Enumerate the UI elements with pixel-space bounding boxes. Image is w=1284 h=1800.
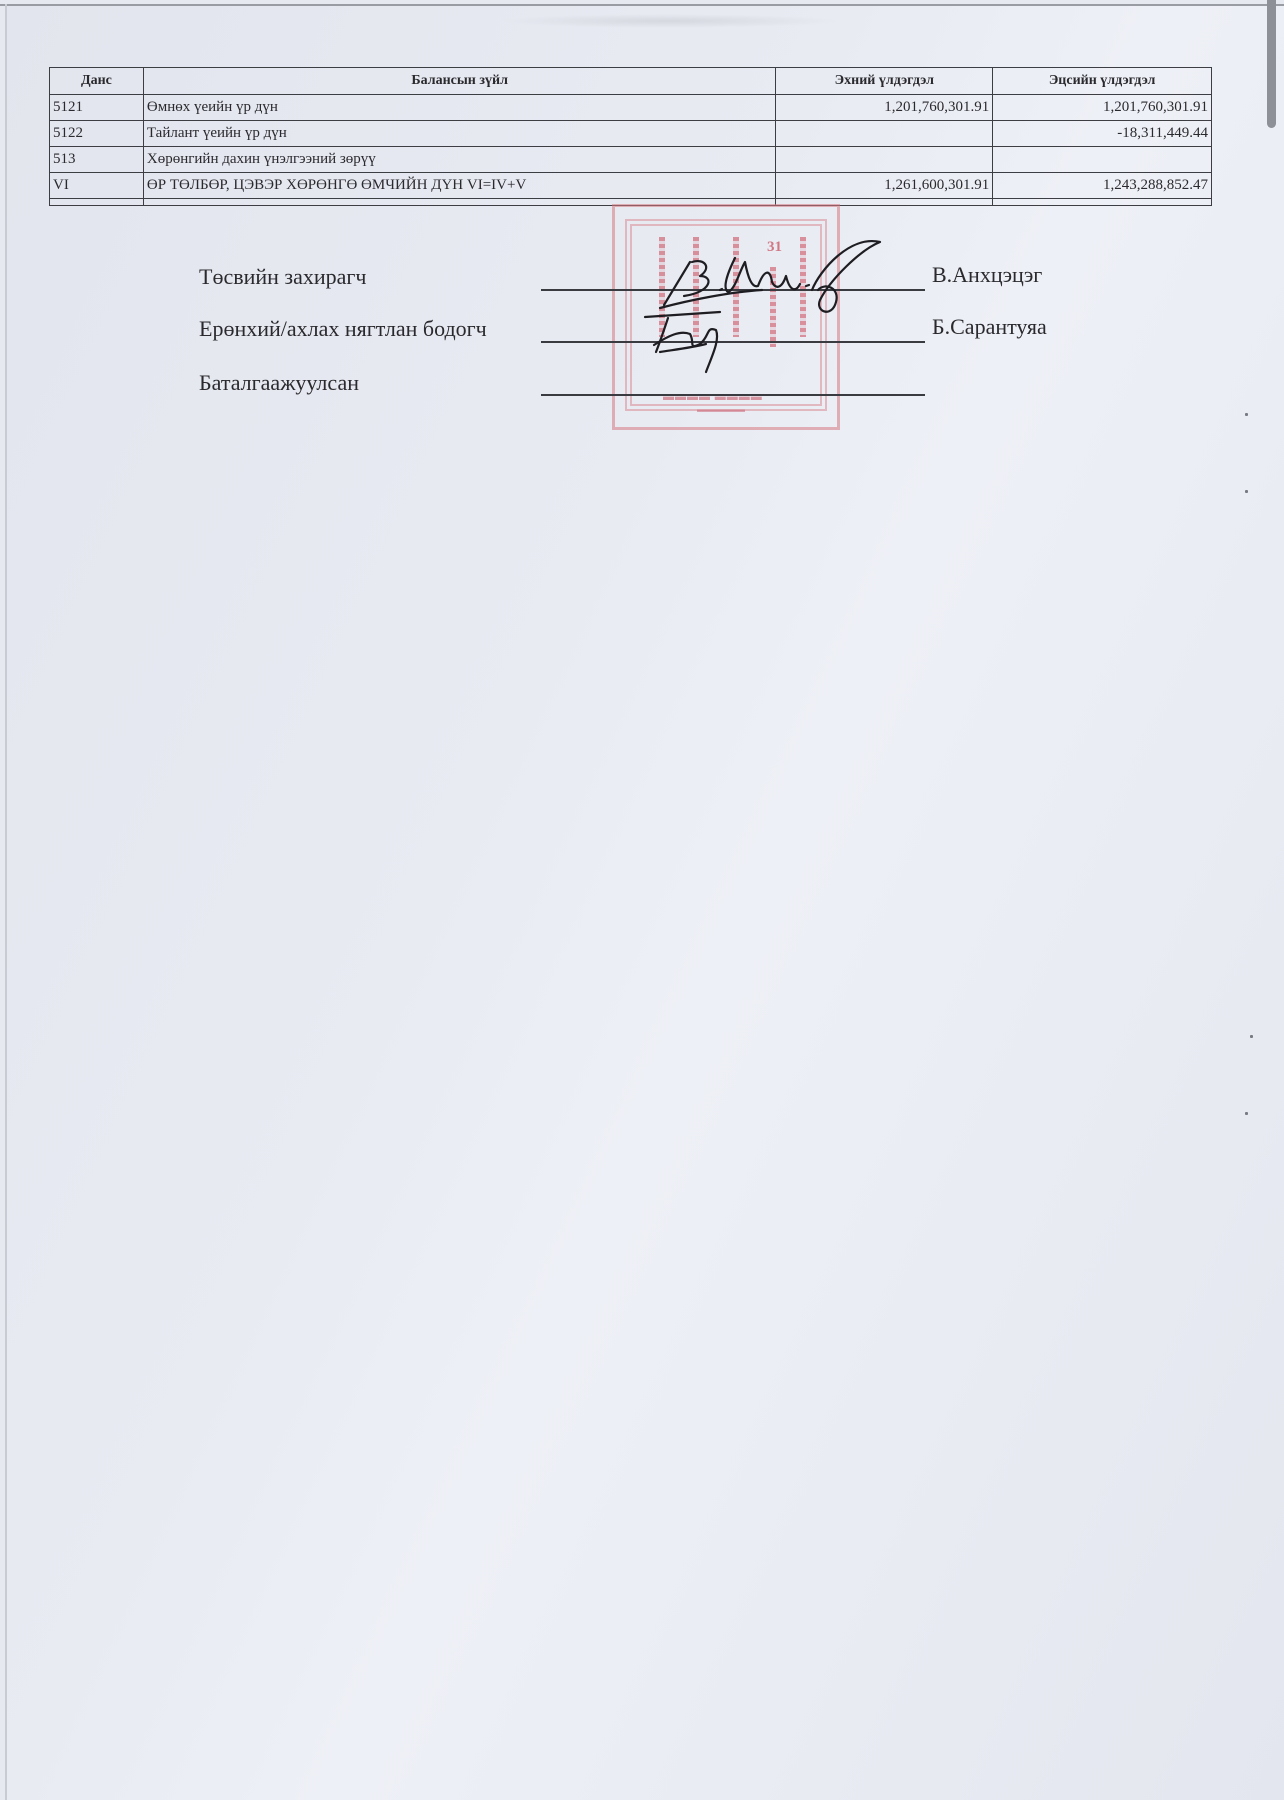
account-code: 5121 — [50, 95, 144, 121]
table-row: 513 Хөрөнгийн дахин үнэлгээний зөрүү — [50, 147, 1212, 173]
table-row: 5122 Тайлант үеийн үр дүн -18,311,449.44 — [50, 121, 1212, 147]
signatory-name: Б.Сарантуяа — [932, 314, 1047, 340]
balance-item: Өмнөх үеийн үр дүн — [143, 95, 776, 121]
closing-balance: -18,311,449.44 — [993, 121, 1212, 147]
scan-artifact — [500, 14, 840, 28]
balance-item: Хөрөнгийн дахин үнэлгээний зөрүү — [143, 147, 776, 173]
stamp-mongol-script — [693, 237, 699, 337]
signature-line — [541, 341, 925, 343]
stamp-ornament-border — [625, 219, 827, 411]
opening-balance — [776, 147, 993, 173]
signatory-role-chief-accountant: Ерөнхий/ахлах нягтлан бодогч — [199, 316, 487, 342]
header-closing-balance: Эцсийн үлдэгдэл — [993, 68, 1212, 95]
page-left-edge — [5, 4, 7, 1800]
header-item: Балансын зүйл — [143, 68, 776, 95]
opening-balance: 1,261,600,301.91 — [776, 173, 993, 199]
header-account: Данс — [50, 68, 144, 95]
opening-balance: 1,201,760,301.91 — [776, 95, 993, 121]
stamp-mongol-script — [733, 237, 739, 337]
stamp-number: 31 — [767, 239, 782, 256]
vertical-scrollbar[interactable] — [1267, 0, 1276, 128]
stamp-footer-text: ▬▬▬▬ ▬▬▬▬ — [663, 391, 763, 403]
closing-balance — [993, 147, 1212, 173]
scan-speck — [1245, 413, 1248, 416]
signature-line — [541, 394, 925, 396]
signatory-name: В.Анхцэцэг — [932, 262, 1042, 288]
table-row-total: VI ӨР ТӨЛБӨР, ЦЭВЭР ХӨРӨНГӨ ӨМЧИЙН ДҮН V… — [50, 173, 1212, 199]
table-header-row: Данс Балансын зүйл Эхний үлдэгдэл Эцсийн… — [50, 68, 1212, 95]
official-stamp: 31 ▬▬▬▬ ▬▬▬▬ ▬▬▬▬▬▬ — [612, 204, 840, 430]
page-top-edge — [0, 4, 1284, 6]
opening-balance — [776, 121, 993, 147]
header-opening-balance: Эхний үлдэгдэл — [776, 68, 993, 95]
scan-speck — [1245, 1112, 1248, 1115]
closing-balance: 1,243,288,852.47 — [993, 173, 1212, 199]
stamp-mongol-script — [659, 237, 665, 337]
balance-item: ӨР ТӨЛБӨР, ЦЭВЭР ХӨРӨНГӨ ӨМЧИЙН ДҮН VI=I… — [143, 173, 776, 199]
account-code: 513 — [50, 147, 144, 173]
stamp-footer-subtext: ▬▬▬▬▬▬ — [697, 405, 745, 414]
stamp-mongol-script — [770, 267, 776, 347]
account-code: VI — [50, 173, 144, 199]
closing-balance: 1,201,760,301.91 — [993, 95, 1212, 121]
scan-speck — [1250, 1035, 1253, 1038]
signatory-role-budget-manager: Төсвийн захирагч — [199, 264, 367, 290]
signature-line — [541, 289, 925, 291]
account-code: 5122 — [50, 121, 144, 147]
signatory-role-verified: Баталгаажуулсан — [199, 370, 359, 396]
scan-speck — [1245, 490, 1248, 493]
table-row: 5121 Өмнөх үеийн үр дүн 1,201,760,301.91… — [50, 95, 1212, 121]
balance-item: Тайлант үеийн үр дүн — [143, 121, 776, 147]
stamp-mongol-script — [800, 237, 806, 337]
balance-table: Данс Балансын зүйл Эхний үлдэгдэл Эцсийн… — [49, 67, 1212, 206]
